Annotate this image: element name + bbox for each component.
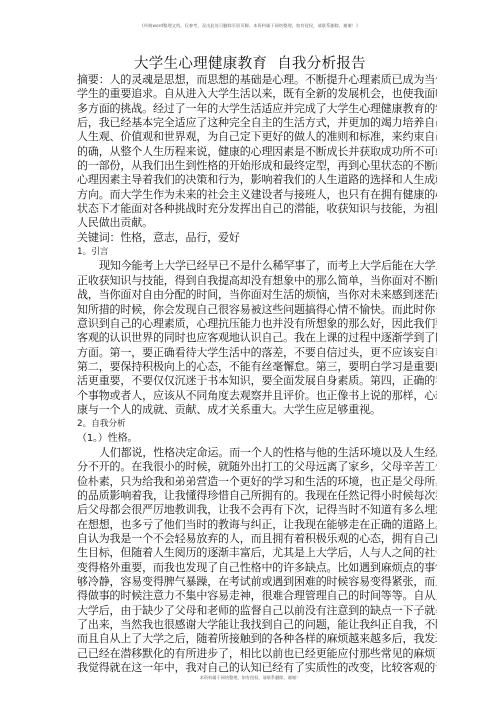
abstract-line: 方向。而大学生作为未来的社会主义建设者与接班人，也只有在拥有健康的心理 xyxy=(77,188,437,202)
abstract-line: 摘要：人的灵魂是思想，而思想的基础是心理。不断提升心理素质已成为当代大 xyxy=(77,73,437,87)
paragraph-line: 而且自从上了大学之后，随着所接触到的各种各样的麻烦越来越多后，我发现自 xyxy=(77,632,437,646)
paragraph-line: 个事物或者人，应该从不同角度去观察并且评价。也正像书上说的那样，心理健 xyxy=(77,389,437,403)
paragraph-line: 俭朴素，只为给我和弟弟营造一个更好的学习和生活的环境，也正是父母所具有 xyxy=(77,475,437,489)
paragraph-line: 变得格外重要，而我也发现了自己性格中的许多缺点。比如遇到麻烦点的事情不 xyxy=(77,561,437,575)
abstract-line: 的一部份，从我们出生到性格的开始形成和最终定型，再到心里状态的不断成熟， xyxy=(77,159,437,173)
abstract-line: 人生观、价值观和世界观，为自己定下更好的做人的准则和标准，来约束自己。 xyxy=(77,130,437,144)
abstract-line: 状态下才能面对各种挑战时充分发挥出自己的潜能，收获知识与技能，为祖国和 xyxy=(77,202,437,216)
paragraph-line: 知所措的时候，你会发现自己很容易被这些问题搞得心情不愉快。而此时你也会 xyxy=(77,303,437,317)
abstract-line: 多方面的挑战。经过了一年的大学生活适应并完成了大学生心理健康教育的学习 xyxy=(77,102,437,116)
paragraph-line: 现知今能考上大学已经早已不是什么稀罕事了，而考上大学后能在大学里真 xyxy=(77,259,437,273)
paragraph-line: 在想想，也多亏了他们当时的教诲与纠正，让我现在能够走在正确的道路上。我 xyxy=(77,518,437,532)
abstract-line: 学生的重要追求。自从进入大学生活以来，既有全新的发展机会，也使我面临着 xyxy=(77,87,437,101)
paragraph-line: 正收获知识与技能，得到自我提高却没有想象中的那么简单，当你面对不断的挑 xyxy=(77,274,437,288)
paragraph-line: 大学后，由于缺少了父母和老师的监督自己以前没有注意到的缺点一下子就暴露 xyxy=(77,604,437,618)
paragraph-line: 康与一个人的成就、贡献、成才关系重大。大学生应足够重视。 xyxy=(77,403,437,417)
paragraph-line: 第二，要保持积极向上的心态，不能有丝毫懈怠。第三，要明白学习是重要的，但生 xyxy=(77,360,437,374)
page-footer-note: 本资料属于网络整理，如有侵权，请联系删除，谢谢！ xyxy=(0,675,500,681)
paragraph-line: 后父母都会很严厉地教训我，让我不会再有下次，记得当时不知道有多么埋怨，现 xyxy=(77,503,437,517)
document-title: 大学生心理健康教育自我分析报告 xyxy=(0,52,500,73)
abstract-line: 人民做出贡献。 xyxy=(77,216,437,230)
paragraph-line: 够冷静，容易变得脾气暴躁，在考试前或遇到困难的时候容易变得紧张，而且觉 xyxy=(77,575,437,589)
paragraph-line: 了出来，当然我也很感谢大学能让我找到自己的问题，能让我纠正自我，不断进步。 xyxy=(77,618,437,632)
paragraph-line: 人们都说，性格决定命运。而一个人的性格与他的生活环境以及人生经历是 xyxy=(77,446,437,460)
paragraph-line: 活更重要，不要仅仅沉迷于书本知识，要全面发展自身素质。第四，正确的看待一 xyxy=(77,374,437,388)
paragraph-line: 意识到自己的心理素质，心理抗压能力也并没有所想象的那么好，因此我们要在 xyxy=(77,317,437,331)
paragraph-line: 方面。第一，要正确看待大学生活中的落差，不要自信过头，更不应该妄自菲薄。 xyxy=(77,346,437,360)
abstract-line: 的确，从整个人生历程来说，健康的心理因素是不断成长并获取成功所不可或缺 xyxy=(77,145,437,159)
paragraph-line: 客观的认识世界的同时也应客观地认识自己。我在上课的过程中逐渐学到了四个 xyxy=(77,331,437,345)
paragraph-line: 战，当你面对自由分配的时间，当你面对生活的烦恼，当你对未来感到迷茫而又不 xyxy=(77,288,437,302)
keywords-line: 关键词：性格，意志，品行，爱好 xyxy=(77,231,437,245)
paragraph-line: 生目标，但随着人生阅历的逐渐丰富后，尤其是上大学后，人与人之间的社会交际 xyxy=(77,546,437,560)
paragraph-line: 自认为我是一个不会轻易放弃的人，而且拥有着积极乐观的心态，拥有自己的人 xyxy=(77,532,437,546)
paragraph-line: 得做事的时候注意力不集中容易走神，很难合理管理自己的时间等等。自从上了 xyxy=(77,589,437,603)
document-body: 摘要：人的灵魂是思想，而思想的基础是心理。不断提升心理素质已成为当代大 学生的重… xyxy=(77,73,437,675)
page-header-note: (经典word整理文档，仅参考，双击此处可删除页眉页脚。本资料属于网络整理，如有… xyxy=(0,23,500,29)
abstract-line: 心理因素主导着我们的决策和行为，影响着我们的人生道路的选择和人生成就的 xyxy=(77,173,437,187)
subsection-heading-personality: （1。）性格。 xyxy=(77,432,437,446)
paragraph-line: 我觉得就在这一年中，我对自己的认知已经有了实质性的改变，比较客观的说，我 xyxy=(77,661,437,675)
abstract-line: 后，我已经基本完全适应了这种完全自主的生活方式，并更加的竭力培养自己的 xyxy=(77,116,437,130)
section-heading-intro: 1。引言 xyxy=(77,245,437,259)
paragraph-line: 的品质影响着我，让我懂得珍惜自己所拥有的。我现在任然记得小时候每次犯错 xyxy=(77,489,437,503)
paragraph-line: 分不开的。在我很小的时候，就随外出打工的父母远离了家乡，父母辛苦工作，勤 xyxy=(77,460,437,474)
section-heading-self-analysis: 2。自我分析 xyxy=(77,417,437,431)
paragraph-line: 己已经在潜移默化的有所进步了，相比以前也已经更能应付那些常见的麻烦了。 xyxy=(77,647,437,661)
title-sub: 自我分析报告 xyxy=(277,56,366,72)
title-main: 大学生心理健康教育 xyxy=(134,56,267,72)
